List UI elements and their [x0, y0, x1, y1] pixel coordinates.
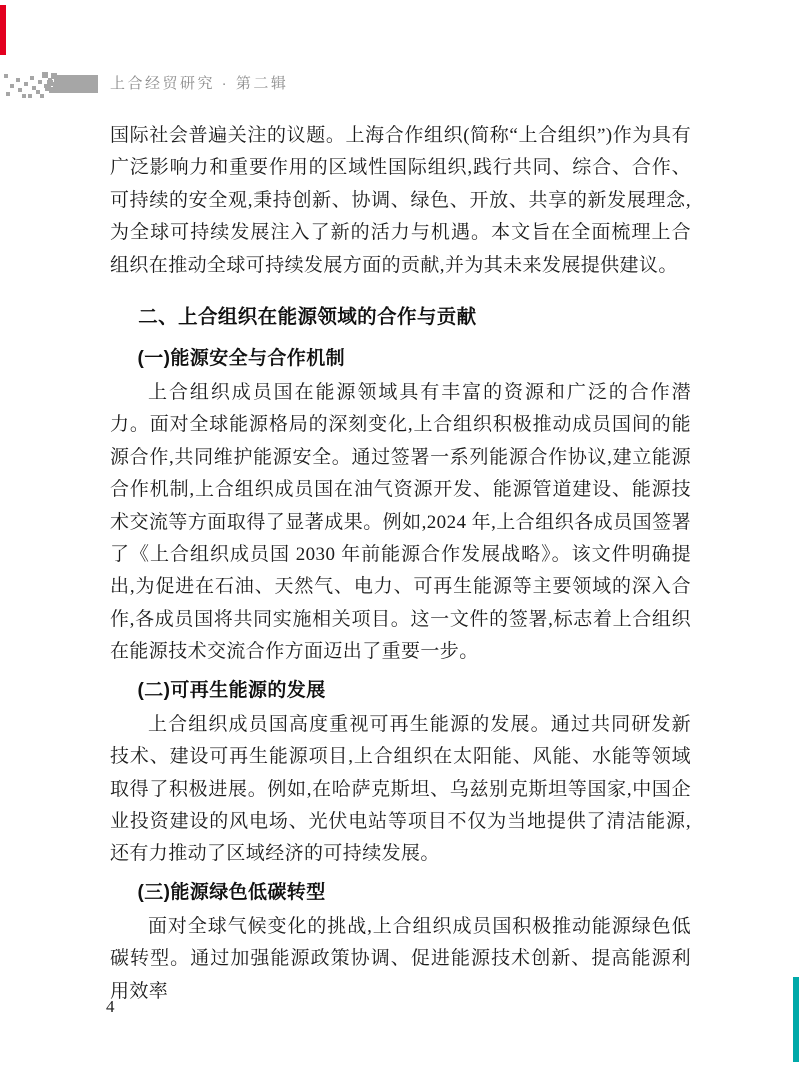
page-edge-tab-teal	[793, 977, 799, 1062]
pixel-dots-ornament	[4, 74, 8, 78]
running-header: 上合经贸研究 · 第二辑	[0, 70, 799, 98]
section-heading: 二、上合组织在能源领域的合作与贡献	[110, 304, 691, 330]
header-bar-ornament	[54, 75, 98, 93]
subsection-paragraph-2: 上合组织成员国高度重视可再生能源的发展。通过共同研发新技术、建设可再生能源项目,…	[110, 709, 691, 871]
page-number: 4	[106, 997, 115, 1017]
pixel-dots-cluster	[42, 72, 48, 78]
subsection-heading-1: (一)能源安全与合作机制	[110, 346, 691, 372]
page-body: 国际社会普遍关注的议题。上海合作组织(简称“上合组织”)作为具有广泛影响力和重要…	[110, 120, 691, 1008]
running-title: 上合经贸研究 · 第二辑	[110, 75, 288, 93]
subsection-heading-3: (三)能源绿色低碳转型	[110, 880, 691, 906]
subsection-paragraph-1: 上合组织成员国在能源领域具有丰富的资源和广泛的合作潜力。面对全球能源格局的深刻变…	[110, 377, 691, 669]
intro-paragraph: 国际社会普遍关注的议题。上海合作组织(简称“上合组织”)作为具有广泛影响力和重要…	[110, 120, 691, 282]
subsection-heading-2: (二)可再生能源的发展	[110, 678, 691, 704]
subsection-paragraph-3: 面对全球气候变化的挑战,上合组织成员国积极推动能源绿色低碳转型。通过加强能源政策…	[110, 911, 691, 1008]
book-page: 上合经贸研究 · 第二辑 国际社会普遍关注的议题。上海合作组织(简称“上合组织”…	[0, 0, 799, 1073]
page-edge-tab-red	[0, 5, 6, 55]
